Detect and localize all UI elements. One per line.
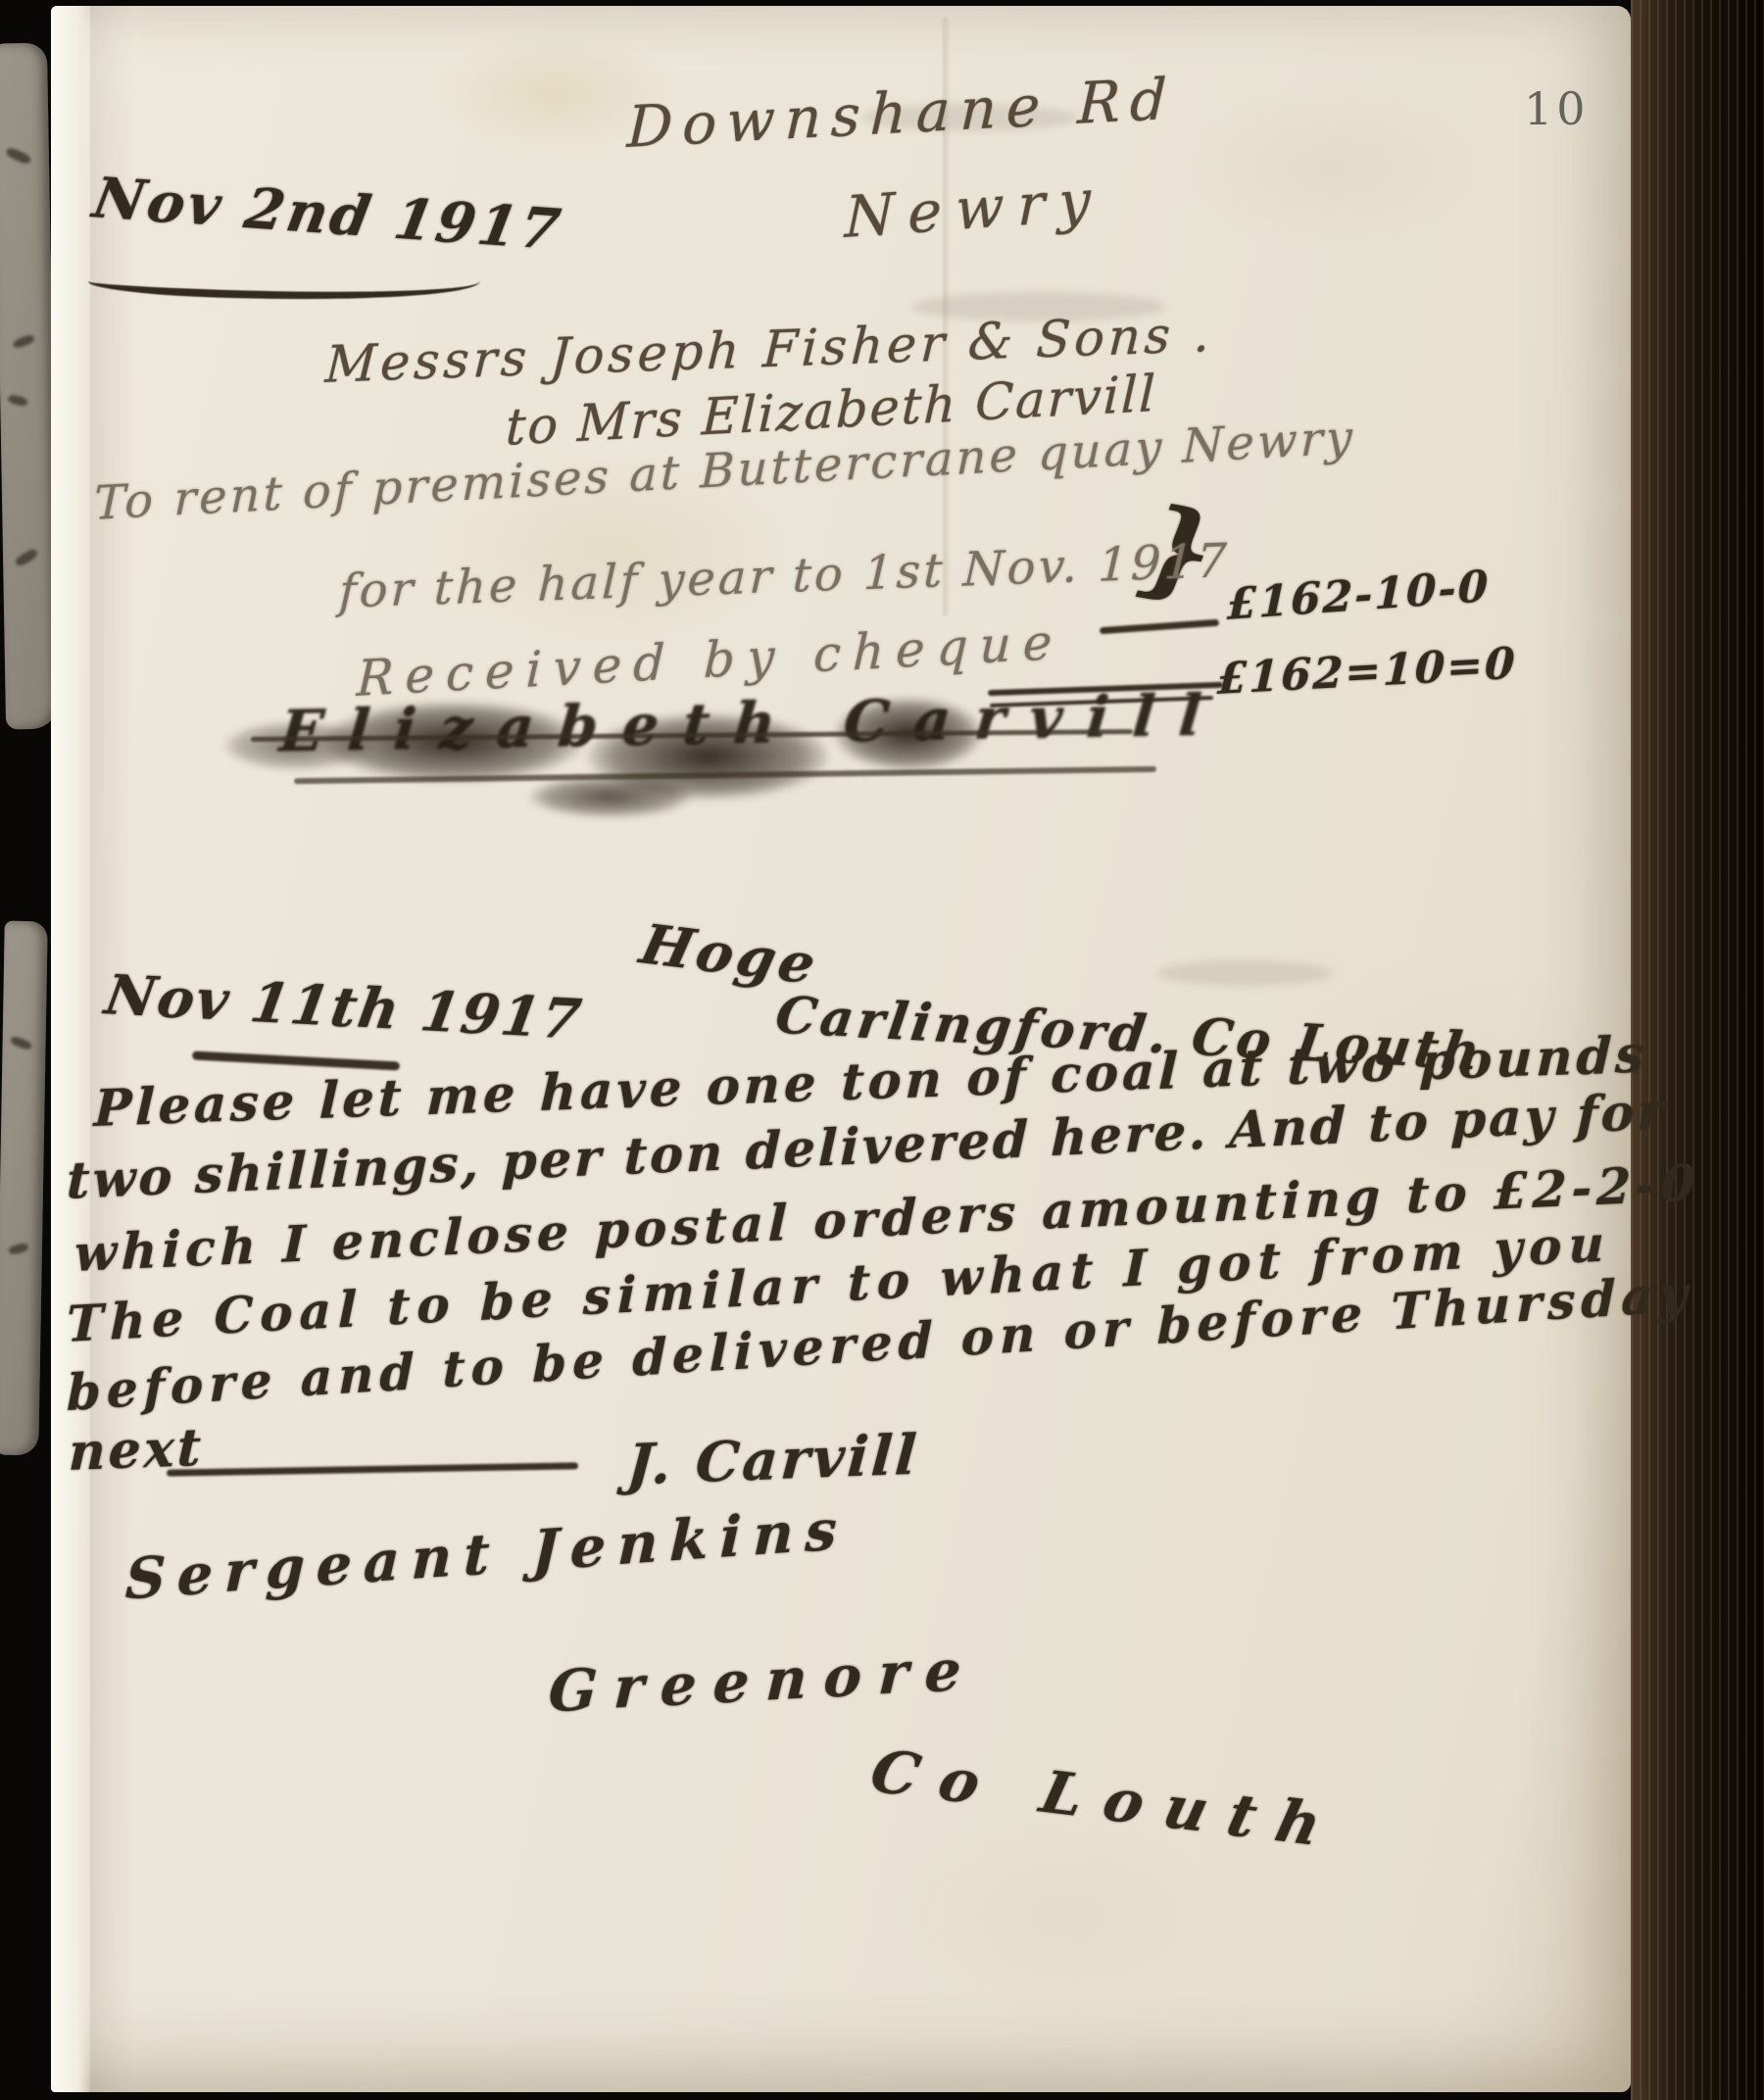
fragment-ink-mark xyxy=(7,394,28,408)
ink-bleedthrough xyxy=(1156,960,1333,986)
fragment-ink-mark xyxy=(14,548,39,568)
page-gutter-shadow xyxy=(90,6,135,2092)
ledger-book-photo: 10 Downshane Rd Newry Nov 2nd 1917 Messr… xyxy=(0,0,1764,2100)
fragment-ink-mark xyxy=(10,1035,33,1050)
book-page-stack-edge xyxy=(1631,0,1764,2100)
ink-smudge xyxy=(223,721,370,770)
fragment-ink-mark xyxy=(12,333,35,349)
page-left-edge xyxy=(51,6,90,2092)
fragment-ink-mark xyxy=(5,146,32,166)
ink-smudge xyxy=(529,776,691,817)
previous-page-fragment xyxy=(0,921,48,1456)
letter2-signature: J. Carvill xyxy=(625,1423,921,1498)
fragment-ink-mark xyxy=(8,1243,29,1256)
folio-page-number: 10 xyxy=(1524,82,1590,135)
